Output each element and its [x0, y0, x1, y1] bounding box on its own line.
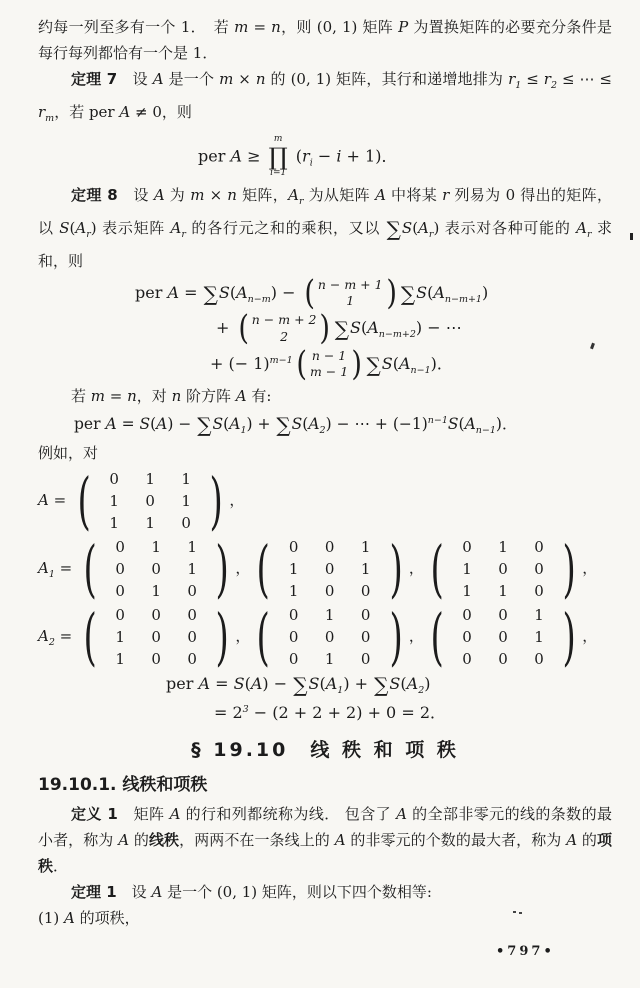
binomial-bottom: 2 [280, 329, 288, 345]
matrix-cell: 0 [348, 582, 384, 600]
formula-theorem-8-line-1: per A = ∑S(An−m) − (n − m + 11)∑S(An−m+1… [135, 277, 612, 310]
matrix-cell: 0 [449, 650, 485, 668]
matrix-cell: 0 [174, 606, 210, 624]
bold-term: 线秩 [149, 831, 179, 849]
math-variable: m [219, 70, 233, 88]
math-variable: A [64, 909, 75, 927]
text-run: ) [424, 674, 430, 693]
subscript: n−m [248, 294, 271, 305]
para-item-1: (1) A 的项秩， [38, 905, 612, 931]
matrix: (000100100) [78, 604, 234, 670]
text-run: 为 [165, 186, 191, 204]
matrix-cell: 0 [168, 514, 204, 532]
math-variable: n [227, 186, 237, 204]
math-variable: A [396, 805, 407, 823]
bold-term: 定理 8 [71, 186, 118, 204]
text-run: = [179, 283, 203, 302]
sum-operator-icon: ∑ [374, 673, 388, 697]
text-run: ) − [167, 415, 196, 433]
math-variable: A [153, 70, 164, 88]
text-run: = [55, 627, 77, 645]
math-variable: A [367, 318, 379, 337]
text-run: § 19.10 线 秩 和 项 秩 [191, 739, 459, 761]
math-variable: A [229, 415, 240, 433]
matrix-line-A1: A1 = (011001010)，(001101100)，(010100110)… [38, 536, 612, 602]
math-variable: A [167, 283, 179, 302]
page-body: 约每一列至多有一个 1． 若 m = n，则 (0, 1) 矩阵 P 为置换矩阵… [0, 0, 640, 931]
matrix-right-paren: ) [216, 537, 229, 601]
matrix-cell: 1 [132, 470, 168, 488]
matrix-cell: 0 [138, 628, 174, 646]
text-run: 例如，对 [38, 444, 98, 462]
superscript: n−1 [428, 415, 448, 426]
formula-theorem-8-line-3: + (− 1)m−1(n − 1m − 1)∑S(An−1)． [210, 348, 612, 381]
math-variable: m [91, 387, 105, 405]
matrix: (001001000) [425, 604, 581, 670]
matrix-cell: 0 [174, 650, 210, 668]
matrix-cell: 1 [96, 514, 132, 532]
matrix-cell: 1 [102, 650, 138, 668]
text-run: 的 [129, 831, 149, 849]
matrix-cell: 1 [102, 628, 138, 646]
math-variable: A [236, 283, 248, 302]
math-variable: n [127, 387, 137, 405]
matrix-cell: 1 [521, 628, 557, 646]
text-run: ， [235, 627, 250, 645]
text-run: ) − ⋯ [416, 318, 462, 337]
math-variable: A [154, 186, 165, 204]
matrix-cell: 0 [521, 582, 557, 600]
matrix-cell: 1 [348, 538, 384, 556]
subscript: n−1 [476, 425, 496, 436]
math-variable: A [308, 415, 319, 433]
binomial-top: n − m + 1 [318, 277, 383, 293]
matrix-cell: 0 [138, 650, 174, 668]
text-run: per [135, 283, 167, 302]
math-variable: S [350, 318, 361, 337]
para-example: 例如，对 [38, 440, 612, 466]
math-variable: P [398, 18, 408, 36]
right-paren: ) [386, 277, 397, 309]
math-variable: r [544, 70, 551, 88]
text-run: = [210, 674, 234, 693]
text-run: ≠ 0，则 [130, 103, 192, 121]
math-variable: A [251, 674, 263, 693]
text-run: 是一个 [164, 70, 219, 88]
matrix-grid: 000100100 [102, 604, 210, 670]
matrix-left-paren: ( [430, 605, 443, 669]
left-paren: ( [296, 348, 307, 380]
text-run: )． [496, 415, 518, 433]
matrix-cell: 0 [276, 538, 312, 556]
math-variable: S [389, 674, 400, 693]
matrix-cell: 0 [521, 538, 557, 556]
sum-operator-icon: ∑ [387, 217, 401, 241]
math-variable: S [382, 354, 393, 373]
matrix-right-paren: ) [562, 605, 575, 669]
matrix-cell: 1 [132, 514, 168, 532]
text-run: ， [582, 559, 597, 577]
math-variable: n [271, 18, 281, 36]
math-variable: A [566, 831, 577, 849]
math-variable: m [190, 186, 204, 204]
matrix-grid: 011101110 [96, 468, 204, 534]
matrix-left-paren: ( [83, 537, 96, 601]
matrix-cell: 0 [138, 606, 174, 624]
text-run: 矩阵， [237, 186, 288, 204]
matrix-cell: 1 [138, 538, 174, 556]
matrix-cell: 0 [174, 582, 210, 600]
matrix-left-paren: ( [430, 537, 443, 601]
sum-operator-icon: ∑ [401, 282, 415, 306]
text-run: ) − ⋯ + (−1) [326, 415, 428, 433]
math-variable: A [105, 415, 116, 433]
matrix-cell: 0 [102, 560, 138, 578]
math-variable: A [75, 219, 86, 237]
math-variable: A [375, 186, 386, 204]
superscript: m−1 [270, 355, 293, 366]
matrix-cell: 1 [312, 650, 348, 668]
matrix-right-paren: ) [216, 605, 229, 669]
matrix-grid: 001001000 [449, 604, 557, 670]
matrix-cell: 0 [96, 470, 132, 488]
text-run: ) + [343, 674, 373, 693]
text-run: = [105, 387, 127, 405]
bold-term: 定理 1 [71, 883, 117, 901]
matrix-cell: 1 [449, 582, 485, 600]
text-run: 的 (0, 1) 矩阵，其行和递增地排为 [265, 70, 508, 88]
matrix-cell: 0 [276, 606, 312, 624]
text-run: = [49, 491, 71, 509]
text-run: ≤ ⋯ ≤ [557, 70, 612, 88]
math-variable: A [418, 219, 429, 237]
matrix-cell: 0 [102, 606, 138, 624]
matrix-cell: 1 [312, 606, 348, 624]
math-variable: A [407, 674, 419, 693]
text-run: (1) [38, 909, 64, 927]
matrix-left-paren: ( [257, 605, 270, 669]
matrix-cell: 1 [485, 538, 521, 556]
matrix-cell: 0 [521, 650, 557, 668]
math-variable: A [230, 146, 242, 165]
binomial-top: n − 1 [312, 348, 346, 364]
text-run: + (− 1) [210, 354, 270, 373]
text-run: ， [235, 559, 250, 577]
product-symbol: ∏ [269, 145, 288, 169]
text-run: 是一个 (0, 1) 矩阵，则以下四个数相等: [162, 883, 432, 901]
sum-operator-icon: ∑ [366, 353, 380, 377]
formula-theorem-7: per A ≥ m∏i=1 (ri − i + 1)． [198, 135, 612, 179]
text-run: ≥ [242, 146, 266, 165]
matrix-line-A: A = (011101110)， [38, 468, 612, 534]
text-run: ， [582, 627, 597, 645]
text-run: = 2 [214, 703, 243, 722]
text-run: × [233, 70, 255, 88]
math-variable: A [171, 219, 182, 237]
text-run: 约每一列至多有一个 1． 若 [38, 18, 234, 36]
math-variable: S [219, 283, 230, 302]
math-variable: A [433, 283, 445, 302]
math-variable: n [172, 387, 182, 405]
sum-operator-icon: ∑ [197, 413, 211, 437]
matrix-cell: 0 [348, 628, 384, 646]
text-run: 阶方阵 [181, 387, 236, 405]
matrix-left-paren: ( [257, 537, 270, 601]
para-intro: 约每一列至多有一个 1． 若 m = n，则 (0, 1) 矩阵 P 为置换矩阵… [38, 14, 612, 66]
math-variable: S [416, 283, 427, 302]
right-paren: ) [320, 312, 331, 344]
math-variable: S [402, 219, 412, 237]
text-run: ) 表示对各种可能的 [433, 219, 576, 237]
left-paren: ( [304, 277, 315, 309]
matrix-cell: 1 [168, 492, 204, 510]
text-run: 的行和列都统称为线． 包含了 [180, 805, 396, 823]
section-heading: § 19.10 线 秩 和 项 秩 [38, 735, 612, 762]
matrix: (001101100) [251, 536, 407, 602]
math-variable: S [213, 415, 224, 433]
text-run: ) + [246, 415, 275, 433]
matrix-cell: 0 [449, 606, 485, 624]
text-run: 19.10.1. 线秩和项秩 [38, 775, 207, 795]
formula-example-line-1: per A = S(A) − ∑S(A1) + ∑S(A2) [166, 673, 612, 697]
text-run: ， [229, 491, 244, 509]
matrix-cell: 1 [276, 582, 312, 600]
formula-square-expansion: per A = S(A) − ∑S(A1) + ∑S(A2) − ⋯ + (−1… [74, 412, 612, 437]
math-variable: S [448, 415, 459, 433]
math-variable: A [156, 415, 167, 433]
math-variable: A [335, 831, 346, 849]
para-definition-1: 定义 1 矩阵 A 的行和列都统称为线． 包含了 A 的全部非零元的线的条数的最… [38, 801, 612, 879]
matrix-line-A2: A2 = (000100100)，(010000010)，(001001000)… [38, 604, 612, 670]
math-variable: A [326, 674, 338, 693]
math-variable: A [465, 415, 476, 433]
matrix-cell: 0 [449, 538, 485, 556]
text-run: 的非零元的个数的最大者，称为 [346, 831, 567, 849]
text-run: ，若 per [54, 103, 119, 121]
text-run: )． [431, 354, 453, 373]
matrix-left-paren: ( [77, 469, 90, 533]
sum-operator-icon: ∑ [276, 413, 290, 437]
subscript: n−m+2 [379, 329, 416, 340]
matrix-cell: 1 [174, 560, 210, 578]
para-theorem-7: 定理 7 设 A 是一个 m × n 的 (0, 1) 矩阵，其行和递增地排为 … [38, 66, 612, 132]
para-theorem-1: 定理 1 设 A 是一个 (0, 1) 矩阵，则以下四个数相等: [38, 879, 612, 905]
bold-term: 定理 7 [71, 70, 117, 88]
formula-example-line-2: = 23 − (2 + 2 + 2) + 0 = 2． [214, 700, 612, 723]
sum-operator-icon: ∑ [204, 282, 218, 306]
matrix: (011101110) [72, 468, 228, 534]
matrix-cell: 0 [102, 582, 138, 600]
product-operator-icon: m∏i=1 [269, 135, 288, 179]
text-run: 设 [118, 186, 154, 204]
math-variable: r [302, 146, 310, 165]
bold-term: 定义 1 [71, 805, 118, 823]
binomial-coefficient: (n − 1m − 1) [295, 348, 364, 381]
math-variable: A [151, 883, 162, 901]
math-variable: A [288, 186, 299, 204]
math-variable: S [308, 674, 319, 693]
text-run: 的项秩， [75, 909, 140, 927]
text-run: + [216, 318, 235, 337]
matrix-cell: 1 [449, 560, 485, 578]
math-variable: A [399, 354, 411, 373]
matrix-grid: 010000010 [276, 604, 384, 670]
math-variable: A [38, 491, 49, 509]
text-run: ． [53, 857, 68, 875]
text-run: per [166, 674, 198, 693]
left-paren: ( [238, 312, 249, 344]
scan-artifact [513, 911, 516, 913]
math-variable: A [170, 805, 181, 823]
matrix: (011001010) [78, 536, 234, 602]
text-run: ) − [262, 674, 292, 693]
text-run: per [198, 146, 230, 165]
matrix-cell: 0 [312, 538, 348, 556]
matrix-cell: 0 [485, 650, 521, 668]
math-variable: m [234, 18, 248, 36]
matrix-cell: 0 [485, 560, 521, 578]
text-run: ≤ [521, 70, 543, 88]
math-variable: S [234, 674, 245, 693]
text-run: 的 [577, 831, 597, 849]
matrix-cell: 0 [138, 560, 174, 578]
math-variable: A [236, 387, 247, 405]
matrix-right-paren: ) [389, 605, 402, 669]
matrix-right-paren: ) [389, 537, 402, 601]
matrix-cell: 1 [174, 538, 210, 556]
text-run: ) [482, 283, 488, 302]
math-variable: S [139, 415, 150, 433]
matrix-cell: 1 [485, 582, 521, 600]
matrix-cell: 0 [348, 606, 384, 624]
text-run: + 1)． [341, 146, 397, 165]
matrix-grid: 010100110 [449, 536, 557, 602]
matrix-cell: 1 [96, 492, 132, 510]
math-variable: A [118, 831, 129, 849]
matrix-cell: 1 [276, 560, 312, 578]
matrix-cell: 0 [102, 538, 138, 556]
subscript: m [45, 113, 54, 124]
sum-operator-icon: ∑ [293, 673, 307, 697]
matrix-cell: 0 [312, 628, 348, 646]
subscript: n−1 [411, 365, 431, 376]
product-lower-limit: i=1 [270, 169, 286, 179]
binomial-stack: n − m + 11 [316, 277, 385, 310]
matrix-grid: 011001010 [102, 536, 210, 602]
matrix-cell: 0 [521, 560, 557, 578]
text-run: = [248, 18, 271, 36]
math-variable: A [38, 559, 49, 577]
text-run: ， [409, 559, 424, 577]
matrix-cell: 0 [312, 582, 348, 600]
subsection-heading: 19.10.1. 线秩和项秩 [38, 770, 612, 795]
text-run: ) − [271, 283, 301, 302]
text-run: 矩阵 [118, 805, 170, 823]
right-paren: ) [351, 348, 362, 380]
matrix-cell: 1 [138, 582, 174, 600]
matrix-cell: 0 [174, 628, 210, 646]
text-run: 中将某 [386, 186, 442, 204]
math-variable: A [198, 674, 210, 693]
text-run: = [55, 559, 77, 577]
text-run: − [313, 146, 337, 165]
text-run: ( [291, 146, 302, 165]
text-run: × [204, 186, 227, 204]
math-variable: A [38, 627, 49, 645]
text-run: per [74, 415, 105, 433]
math-variable: S [59, 219, 69, 237]
para-theorem-8: 定理 8 设 A 为 m × n 矩阵，Ar 为从矩阵 A 中将某 r 列易为 … [38, 182, 612, 274]
matrix-cell: 0 [312, 560, 348, 578]
binomial-coefficient: (n − m + 22) [237, 312, 332, 345]
binomial-top: n − m + 2 [252, 312, 317, 328]
matrix-cell: 0 [348, 650, 384, 668]
subscript: n−m+1 [445, 294, 482, 305]
matrix-cell: 1 [521, 606, 557, 624]
binomial-stack: n − 1m − 1 [308, 348, 350, 381]
math-variable: A [119, 103, 130, 121]
matrix-right-paren: ) [210, 469, 223, 533]
page-number: •797• [496, 944, 555, 959]
matrix-cell: 0 [276, 650, 312, 668]
text-run: 有: [247, 387, 272, 405]
text-run: = [117, 415, 140, 433]
matrix-left-paren: ( [83, 605, 96, 669]
text-run: ) 表示矩阵 [91, 219, 171, 237]
formula-theorem-8-line-2: + (n − m + 22)∑S(An−m+2) − ⋯ [216, 312, 612, 345]
text-run: ，对 [137, 387, 172, 405]
math-variable: A [576, 219, 587, 237]
text-run: 为从矩阵 [303, 186, 375, 204]
matrix-cell: 1 [168, 470, 204, 488]
binomial-stack: n − m + 22 [250, 312, 319, 345]
matrix: (010000010) [251, 604, 407, 670]
text-run: − (2 + 2 + 2) + 0 = 2． [249, 703, 446, 722]
matrix-right-paren: ) [562, 537, 575, 601]
binomial-bottom: 1 [346, 293, 354, 309]
matrix-cell: 1 [348, 560, 384, 578]
text-run: ，则 (0, 1) 矩阵 [281, 18, 398, 36]
matrix-cell: 0 [276, 628, 312, 646]
text-run: 的各行元之和的乘积，又以 [186, 219, 386, 237]
matrix-cell: 0 [132, 492, 168, 510]
text-run: 设 [117, 70, 153, 88]
binomial-bottom: m − 1 [310, 364, 348, 380]
text-run: 设 [117, 883, 152, 901]
matrix-cell: 0 [449, 628, 485, 646]
text-run: ， [409, 627, 424, 645]
binomial-coefficient: (n − m + 11) [303, 277, 398, 310]
matrix-cell: 0 [485, 628, 521, 646]
sum-operator-icon: ∑ [335, 317, 349, 341]
text-run: 若 [71, 387, 91, 405]
matrix-cell: 0 [485, 606, 521, 624]
para-square-case: 若 m = n，对 n 阶方阵 A 有: [38, 383, 612, 409]
math-variable: S [292, 415, 303, 433]
scan-artifact [630, 233, 633, 240]
matrix: (010100110) [425, 536, 581, 602]
matrix-grid: 001101100 [276, 536, 384, 602]
text-run: ，两两不在一条线上的 [179, 831, 335, 849]
